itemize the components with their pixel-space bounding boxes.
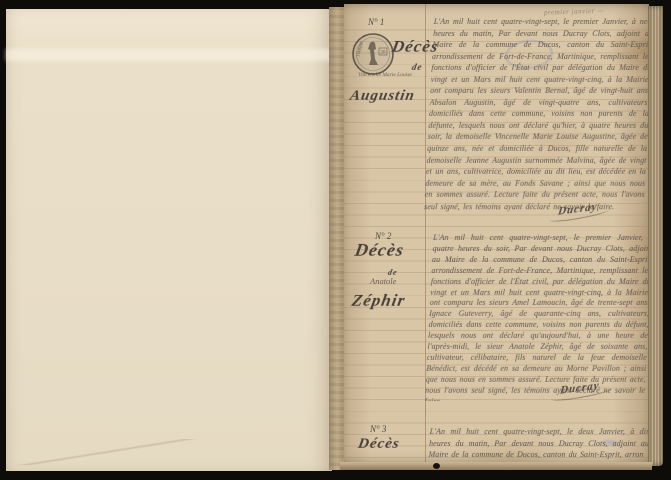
paper-crease [6, 439, 208, 465]
revenue-stamp-icon: 20 TIMBRE [350, 31, 396, 77]
act2-margin-name: Zéphir [350, 291, 407, 311]
bottom-page-edges [340, 462, 652, 470]
act3-number: N° 3 [370, 424, 386, 434]
act1-margin-connector: de [411, 62, 423, 72]
act2-margin-title: Décès [353, 240, 406, 261]
right-page-death-acts: premier janvier — 20 TIMBRE N° 1 Décès d… [344, 4, 649, 464]
act1-margin-name: Augustin [349, 88, 417, 105]
act3-margin-title: Décès [357, 436, 402, 453]
left-page-blank [6, 9, 332, 471]
svg-text:20: 20 [381, 51, 387, 56]
book-fore-edge [648, 6, 663, 466]
paper-hole-mark [433, 463, 440, 469]
act1-margin-subname: Vincenelle Marie Louise [346, 72, 424, 78]
scanned-register-spread: premier janvier — 20 TIMBRE N° 1 Décès d… [0, 0, 671, 480]
act1-body-text: L'An mil huit cent quatre-vingt-sept, le… [424, 16, 654, 212]
act3-body-text: L'An mil huit cent quatre-vingt-sept, le… [428, 426, 650, 464]
paper-light-band [6, 49, 332, 61]
act2-body-text: L'An mil huit cent quatre-vingt-sept, le… [425, 233, 654, 401]
act2-margin-subname: Anatole [370, 276, 396, 286]
act1-number: N° 1 [368, 17, 384, 27]
